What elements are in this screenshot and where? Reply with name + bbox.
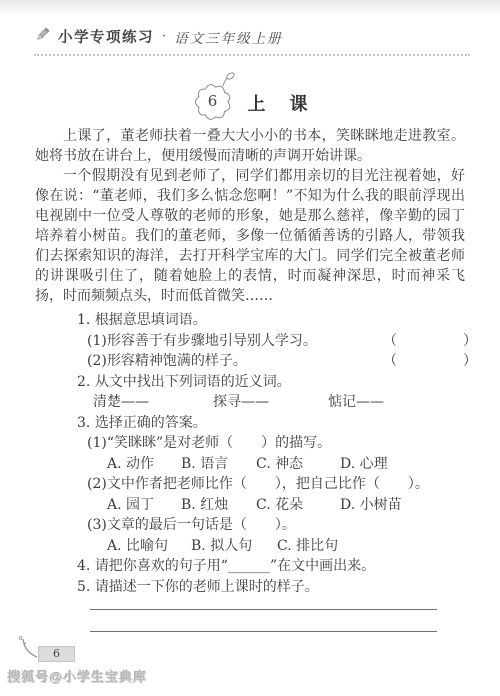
question-list: 1. 根据意思填词语。 (1)形容善于有步骤地引导别人学习。（ ） (2)形容精… [35, 310, 465, 597]
item-label: (3) [87, 517, 107, 533]
question-2-word-pairs: 清楚—— 探寻—— 惦记—— [93, 392, 465, 413]
question-3-sub-1: (1)“笑眯眯”是对老师（ ）的描写。 [87, 433, 465, 454]
page-title: 上 课 [248, 90, 311, 116]
answer-blank-line [90, 609, 437, 610]
answer-parentheses: （ ） [383, 331, 479, 352]
item-text: 文中作者把老师比作（ ），把自己比作（ ）。 [107, 476, 429, 492]
reading-passage: 上课了，董老师扶着一叠大大小小的书本，笑眯眯地走进教室。她将书放在讲台上，便用缓… [35, 126, 465, 306]
question-4: 4. 请把你喜欢的句子用“______”在文中画出来。 [77, 556, 465, 577]
question-text: 请描述一下你的老师上课时的样子。 [95, 579, 319, 595]
scan-edge-shading [0, 0, 500, 16]
series-title: 小学专项练习 [58, 26, 154, 47]
question-number: 1. [77, 312, 90, 328]
question-number: 5. [77, 579, 90, 595]
option: A. 动作 [107, 454, 181, 475]
worksheet-page: 小学专项练习 · 语文三年级上册 6 上 课 上课了，董老师扶着一叠大大小小的书… [0, 0, 500, 696]
lesson-number: 6 [190, 92, 236, 110]
item-text: 文章的最后一句话是（ ）。 [107, 517, 296, 533]
question-3-sub-2-options: A. 园丁 B. 红烛 C. 花朵 D. 小树苗 [107, 495, 465, 516]
question-number: 4. [77, 558, 90, 574]
question-3-sub-2: (2)文中作者把老师比作（ ），把自己比作（ ）。 [87, 474, 465, 495]
answer-parentheses: （ ） [383, 351, 479, 372]
question-1: 1. 根据意思填词语。 [77, 310, 465, 331]
lesson-badge: 6 [190, 72, 240, 124]
book-title: 语文三年级上册 [174, 27, 283, 47]
option: D. 小树苗 [340, 495, 402, 516]
option: B. 语言 [181, 454, 256, 475]
option: C. 排比句 [277, 536, 338, 557]
question-1-item-2: (2)形容精神饱满的样子。（ ） [87, 351, 465, 372]
question-text: 请把你喜欢的句子用“______”在文中画出来。 [95, 558, 375, 574]
option: C. 花朵 [256, 495, 340, 516]
question-3-sub-3: (3)文章的最后一句话是（ ）。 [87, 515, 465, 536]
item-label: (2) [87, 476, 107, 492]
item-text: 形容精神饱满的样子。 [107, 353, 247, 369]
option: C. 神态 [256, 454, 340, 475]
header-separator: · [162, 29, 166, 44]
question-2: 2. 从文中找出下列词语的近义词。 [77, 372, 465, 393]
question-5: 5. 请描述一下你的老师上课时的样子。 [77, 577, 465, 598]
synonym-blank: 探寻—— [213, 392, 328, 413]
question-number: 3. [77, 415, 90, 431]
question-number: 2. [77, 374, 90, 390]
option: A. 园丁 [107, 495, 181, 516]
question-text: 从文中找出下列词语的近义词。 [95, 374, 291, 390]
question-text: 选择正确的答案。 [95, 415, 207, 431]
option: B. 拟人句 [191, 536, 277, 557]
passage-paragraph: 上课了，董老师扶着一叠大大小小的书本，笑眯眯地走进教室。她将书放在讲台上，便用缓… [35, 126, 465, 166]
lesson-title-row: 6 上 课 [0, 72, 500, 124]
synonym-blank: 清楚—— [93, 392, 213, 413]
passage-paragraph: 一个假期没有见到老师了，同学们都用亲切的目光注视着她，好像在说：“董老师，我们多… [35, 166, 465, 306]
answer-blank-line [90, 631, 437, 632]
page-header: 小学专项练习 · 语文三年级上册 [34, 26, 470, 56]
question-1-item-1: (1)形容善于有步骤地引导别人学习。（ ） [87, 331, 465, 352]
item-label: (1) [87, 435, 107, 451]
option: D. 心理 [340, 454, 388, 475]
option: A. 比喻句 [107, 536, 191, 557]
synonym-blank: 惦记—— [328, 392, 384, 413]
item-label: (2) [87, 353, 107, 369]
item-text: “笑眯眯”是对老师（ ）的描写。 [107, 435, 331, 451]
pencil-icon [34, 26, 51, 47]
page-number: 6 [38, 646, 75, 662]
option: B. 红烛 [181, 495, 256, 516]
question-3: 3. 选择正确的答案。 [77, 413, 465, 434]
question-3-sub-1-options: A. 动作 B. 语言 C. 神态 D. 心理 [107, 454, 465, 475]
item-text: 形容善于有步骤地引导别人学习。 [107, 333, 317, 349]
item-label: (1) [87, 333, 107, 349]
watermark: 搜狐号@小学生宝典库 [8, 667, 148, 686]
question-3-sub-3-options: A. 比喻句 B. 拟人句 C. 排比句 [107, 536, 465, 557]
question-text: 根据意思填词语。 [95, 312, 207, 328]
